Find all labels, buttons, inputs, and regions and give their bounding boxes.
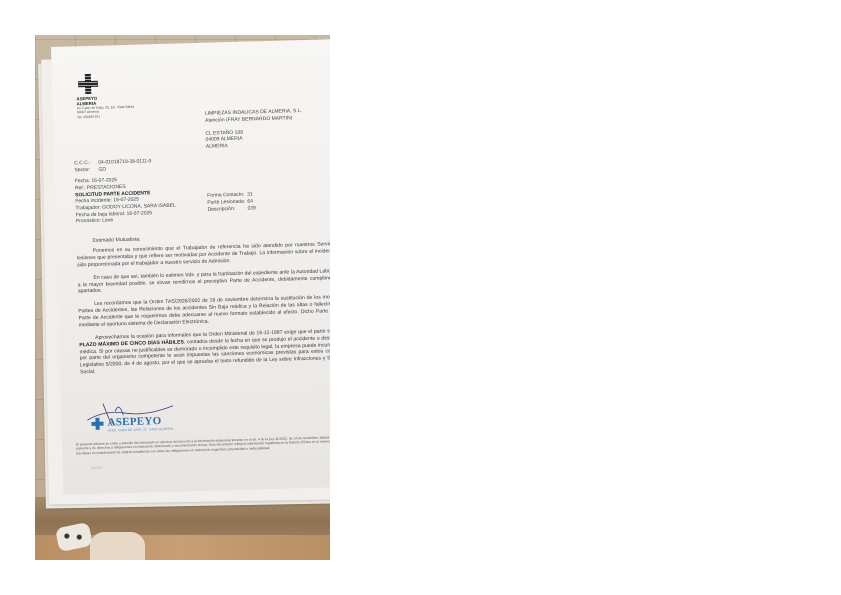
paragraph: Ponemos en su conocimiento que el Trabaj… [77,240,330,269]
incident-details: Fecha incidente: 16-07-2025 Trabajador: … [75,196,176,226]
letter-sheet: ASEPEYO ALMERIA Av. Cabo de Gata, 25, Ed… [51,39,330,495]
sector-value: GD [98,166,106,173]
signature-block: ASEPEYO AVDA. CABO DE GATA, 25 · 04007 A… [81,396,172,438]
sector-label: Sector: [74,166,98,173]
description-value: 039 [247,205,256,212]
signature-address: AVDA. CABO DE GATA, 25 · 04007 ALMERIA [108,427,178,433]
document-photo: ASEPEYO ALMERIA Av. Cabo de Gata, 25, Ed… [35,35,330,560]
foot [90,532,145,560]
asepeyo-cross-logo-icon [78,74,99,95]
paragraph: Les recordamos que la Orden TAS/2926/200… [78,293,330,329]
asepeyo-blue-cross-icon [91,418,103,430]
paragraph: Aprovechamos la ocasión para informales … [79,327,330,377]
letter-body: Ponemos en su conocimiento que el Trabaj… [77,240,330,382]
salutation: Estimado Mutualista: [92,237,140,245]
prognosis: Pronóstico: Leve [76,216,176,226]
incident-codes: Forma Contacto: 31 Parte Lesionada: 64 D… [207,191,256,213]
employer-meta: C.C.C.: 04-01018719-38-0111-0 Sector: GD [74,158,152,174]
letter-header: Fecha: 16-07-2025 Ref.: PRESTACIONES SOL… [75,176,151,198]
letterhead-address: Av. Cabo de Gata, 25, Ed. Vista Bahía 04… [77,105,137,120]
address-line: Tel. 950687191 [77,113,137,119]
footer-left: 11/2025 [91,466,103,471]
description-label: Descripción: [208,205,248,213]
recipient-block: LIMPIEZAS INDALICAS DE ALMERIA, S.L. Ate… [205,107,330,151]
paragraph: En caso de que así, también lo estimen V… [77,267,330,296]
